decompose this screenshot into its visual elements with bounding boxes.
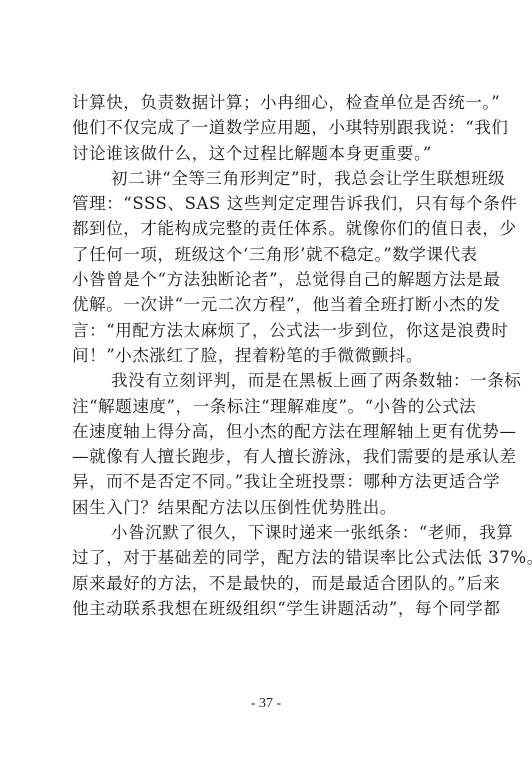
text-line: 优解。一次讲“一元二次方程”，他当着全班打断小杰的发	[72, 292, 462, 317]
text-line: 他们不仅完成了一道数学应用题，小琪特别跟我说：“我们	[72, 115, 462, 140]
body-text: 计算快，负责数据计算；小冉细心，检查单位是否统一。”他们不仅完成了一道数学应用题…	[72, 90, 462, 621]
text-line: 异，而不是否定不同。”我让全班投票：哪种方法更适合学	[72, 469, 462, 494]
text-line: 注“解题速度”，一条标注“理解难度”。“小昝的公式法	[72, 394, 462, 419]
text-line: 言：“用配方法太麻烦了，公式法一步到位，你这是浪费时	[72, 318, 462, 343]
text-line: 间！”小杰涨红了脸，捏着粉笔的手微微颤抖。	[72, 343, 462, 368]
text-line: 原来最好的方法，不是最快的，而是最适合团队的。”后来	[72, 571, 462, 596]
page-number: - 37 -	[0, 696, 532, 712]
text-line: 小昝曾是个“方法独断论者”，总觉得自己的解题方法是最	[72, 267, 462, 292]
text-line: 管理：“SSS、SAS 这些判定定理告诉我们，只有每个条件	[72, 191, 462, 216]
text-line: 讨论谁该做什么，这个过程比解题本身更重要。”	[72, 141, 462, 166]
text-line: 小昝沉默了很久，下课时递来一张纸条：“老师，我算	[72, 520, 462, 545]
text-line: 计算快，负责数据计算；小冉细心，检查单位是否统一。”	[72, 90, 462, 115]
text-line: 他主动联系我想在班级组织“学生讲题活动”，每个同学都	[72, 596, 462, 621]
text-line: 在速度轴上得分高，但小杰的配方法在理解轴上更有优势—	[72, 419, 462, 444]
text-line: 初二讲“全等三角形判定”时，我总会让学生联想班级	[72, 166, 462, 191]
text-line: 都到位，才能构成完整的责任体系。就像你们的值日表，少	[72, 216, 462, 241]
text-line: —就像有人擅长跑步，有人擅长游泳，我们需要的是承认差	[72, 444, 462, 469]
text-line: 过了，对于基础差的同学，配方法的错误率比公式法低 37%。	[72, 545, 462, 570]
text-line: 困生入门？结果配方法以压倒性优势胜出。	[72, 495, 462, 520]
document-page: 计算快，负责数据计算；小冉细心，检查单位是否统一。”他们不仅完成了一道数学应用题…	[0, 0, 532, 768]
text-line: 我没有立刻评判，而是在黑板上画了两条数轴：一条标	[72, 368, 462, 393]
text-line: 了任何一项，班级这个‘三角形’就不稳定。”数学课代表	[72, 242, 462, 267]
